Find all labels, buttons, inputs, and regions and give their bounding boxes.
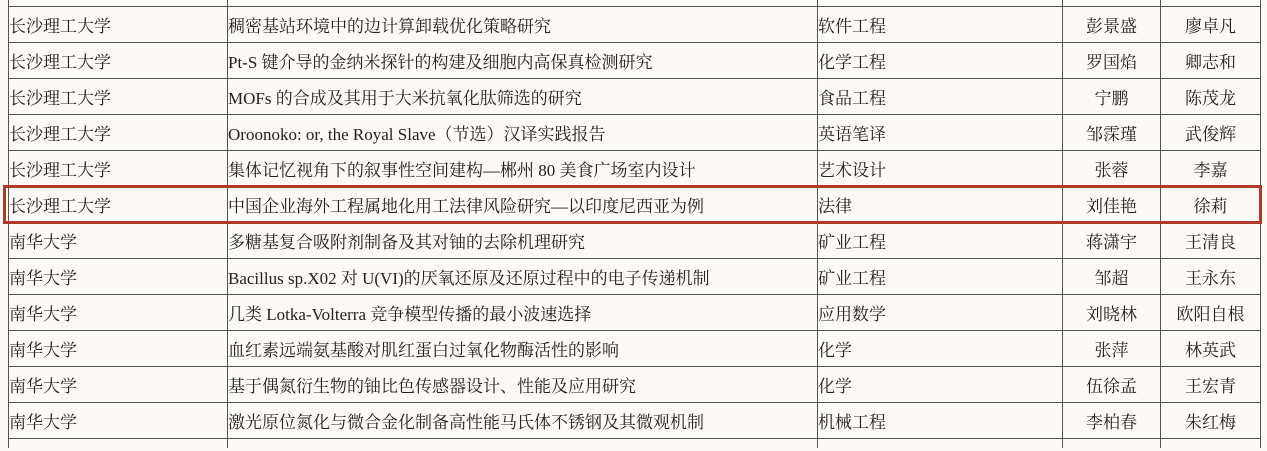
cell-thesis-title: 血红素远端氨基酸对肌红蛋白过氧化物酶活性的影响 — [228, 331, 818, 367]
cell-major: 软件工程 — [818, 7, 1063, 43]
cell-major: 食品工程 — [818, 79, 1063, 115]
cell-person-1: 张蓉 — [1063, 151, 1161, 187]
partial-cell — [1161, 439, 1261, 449]
cell-person-1: 刘佳艳 — [1063, 187, 1161, 223]
cell-person-1: 邹超 — [1063, 259, 1161, 295]
cell-person-1: 李柏春 — [1063, 403, 1161, 439]
table-row: 南华大学 激光原位氮化与微合金化制备高性能马氏体不锈钢及其微观机制 机械工程 李… — [9, 403, 1261, 439]
cell-university: 长沙理工大学 — [9, 115, 228, 151]
cell-person-2: 朱红梅 — [1161, 403, 1261, 439]
cell-person-1: 伍徐孟 — [1063, 367, 1161, 403]
cell-major: 英语笔译 — [818, 115, 1063, 151]
cell-person-2: 徐莉 — [1161, 187, 1261, 223]
table-row: 长沙理工大学 中国企业海外工程属地化用工法律风险研究—以印度尼西亚为例 法律 刘… — [9, 187, 1261, 223]
table-row: 长沙理工大学 Pt-S 键介导的金纳米探针的构建及细胞内高保真检测研究 化学工程… — [9, 43, 1261, 79]
cell-university: 南华大学 — [9, 367, 228, 403]
cell-person-2: 廖卓凡 — [1161, 7, 1261, 43]
cell-major: 法律 — [818, 187, 1063, 223]
cell-person-1: 蒋潇宇 — [1063, 223, 1161, 259]
cell-thesis-title: Oroonoko: or, the Royal Slave（节选）汉译实践报告 — [228, 115, 818, 151]
cell-thesis-title: Pt-S 键介导的金纳米探针的构建及细胞内高保真检测研究 — [228, 43, 818, 79]
cell-thesis-title: 多糖基复合吸附剂制备及其对铀的去除机理研究 — [228, 223, 818, 259]
cell-thesis-title: 集体记忆视角下的叙事性空间建构—郴州 80 美食广场室内设计 — [228, 151, 818, 187]
table-row: 南华大学 血红素远端氨基酸对肌红蛋白过氧化物酶活性的影响 化学 张萍 林英武 — [9, 331, 1261, 367]
cell-major: 矿业工程 — [818, 223, 1063, 259]
cell-thesis-title: 几类 Lotka-Volterra 竞争模型传播的最小波速选择 — [228, 295, 818, 331]
cell-university: 南华大学 — [9, 403, 228, 439]
cell-university: 南华大学 — [9, 295, 228, 331]
cell-person-1: 张萍 — [1063, 331, 1161, 367]
cell-person-2: 陈茂龙 — [1161, 79, 1261, 115]
cell-major: 化学 — [818, 367, 1063, 403]
scanned-document-page: 长沙理工大学 稠密基站环境中的边计算卸载优化策略研究 软件工程 彭景盛 廖卓凡 … — [0, 0, 1267, 451]
cell-person-1: 邹霂瑾 — [1063, 115, 1161, 151]
table-row: 长沙理工大学 稠密基站环境中的边计算卸载优化策略研究 软件工程 彭景盛 廖卓凡 — [9, 7, 1261, 43]
cell-thesis-title: 基于偶氮衍生物的铀比色传感器设计、性能及应用研究 — [228, 367, 818, 403]
cell-major: 矿业工程 — [818, 259, 1063, 295]
cell-university: 南华大学 — [9, 331, 228, 367]
table-row: 南华大学 Bacillus sp.X02 对 U(VI)的厌氧还原及还原过程中的… — [9, 259, 1261, 295]
cell-university: 长沙理工大学 — [9, 187, 228, 223]
table-row: 南华大学 基于偶氮衍生物的铀比色传感器设计、性能及应用研究 化学 伍徐孟 王宏青 — [9, 367, 1261, 403]
cell-major: 机械工程 — [818, 403, 1063, 439]
partial-cell — [228, 439, 818, 449]
table-row: 长沙理工大学 集体记忆视角下的叙事性空间建构—郴州 80 美食广场室内设计 艺术… — [9, 151, 1261, 187]
thesis-list-table: 长沙理工大学 稠密基站环境中的边计算卸载优化策略研究 软件工程 彭景盛 廖卓凡 … — [8, 0, 1261, 448]
cell-person-2: 王永东 — [1161, 259, 1261, 295]
table-row: 长沙理工大学 Oroonoko: or, the Royal Slave（节选）… — [9, 115, 1261, 151]
cell-thesis-title: MOFs 的合成及其用于大米抗氧化肽筛选的研究 — [228, 79, 818, 115]
cell-person-2: 卿志和 — [1161, 43, 1261, 79]
cell-person-1: 宁鹏 — [1063, 79, 1161, 115]
cell-university: 长沙理工大学 — [9, 79, 228, 115]
cell-major: 应用数学 — [818, 295, 1063, 331]
cell-person-1: 刘晓林 — [1063, 295, 1161, 331]
cell-major: 化学 — [818, 331, 1063, 367]
cell-thesis-title: 中国企业海外工程属地化用工法律风险研究—以印度尼西亚为例 — [228, 187, 818, 223]
cell-thesis-title: Bacillus sp.X02 对 U(VI)的厌氧还原及还原过程中的电子传递机… — [228, 259, 818, 295]
cell-person-2: 王宏青 — [1161, 367, 1261, 403]
cell-university: 南华大学 — [9, 223, 228, 259]
cell-university: 长沙理工大学 — [9, 151, 228, 187]
cell-university: 长沙理工大学 — [9, 7, 228, 43]
cell-person-2: 林英武 — [1161, 331, 1261, 367]
cell-university: 南华大学 — [9, 259, 228, 295]
partial-cell — [9, 439, 228, 449]
cell-thesis-title: 激光原位氮化与微合金化制备高性能马氏体不锈钢及其微观机制 — [228, 403, 818, 439]
cell-university: 长沙理工大学 — [9, 43, 228, 79]
cell-person-2: 王清良 — [1161, 223, 1261, 259]
table-row: 南华大学 几类 Lotka-Volterra 竞争模型传播的最小波速选择 应用数… — [9, 295, 1261, 331]
cell-major: 艺术设计 — [818, 151, 1063, 187]
table-row: 南华大学 多糖基复合吸附剂制备及其对铀的去除机理研究 矿业工程 蒋潇宇 王清良 — [9, 223, 1261, 259]
table-row: 长沙理工大学 MOFs 的合成及其用于大米抗氧化肽筛选的研究 食品工程 宁鹏 陈… — [9, 79, 1261, 115]
cell-person-1: 彭景盛 — [1063, 7, 1161, 43]
cell-person-2: 李嘉 — [1161, 151, 1261, 187]
partial-row-bottom — [9, 439, 1261, 449]
cell-person-2: 欧阳自根 — [1161, 295, 1261, 331]
cell-person-2: 武俊辉 — [1161, 115, 1261, 151]
partial-cell — [1063, 439, 1161, 449]
partial-cell — [818, 439, 1063, 449]
cell-thesis-title: 稠密基站环境中的边计算卸载优化策略研究 — [228, 7, 818, 43]
cell-major: 化学工程 — [818, 43, 1063, 79]
cell-person-1: 罗国焰 — [1063, 43, 1161, 79]
